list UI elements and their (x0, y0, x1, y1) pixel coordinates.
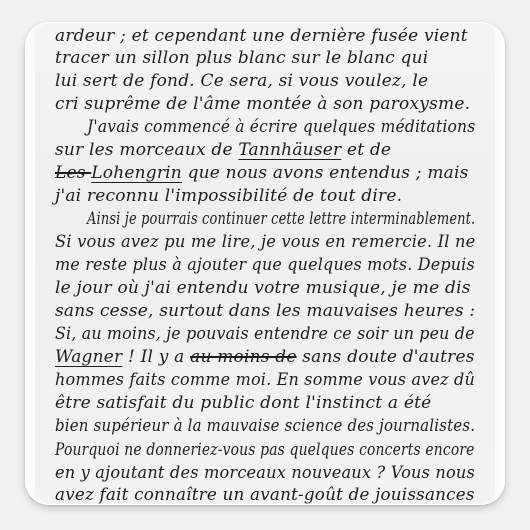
manuscript-line: Pourquoi ne donneriez-vous pas quelques … (55, 440, 475, 460)
underlined-word: Lohengrin (91, 163, 182, 183)
struck-word: au moins de (190, 347, 297, 367)
manuscript-line: Wagner ! Il y a au moins de sans doute d… (55, 347, 475, 367)
manuscript-line: Ainsi je pourrais continuer cette lettre… (87, 209, 475, 229)
underlined-word: Wagner (55, 347, 122, 367)
manuscript-line: Les Lohengrin que nous avons entendus ; … (55, 163, 469, 183)
manuscript-line: le jour où j'ai entendu votre musique, j… (55, 278, 471, 298)
underlined-word: Tannhäuser (238, 140, 341, 160)
manuscript-line: lui sert de fond. Ce sera, si vous voule… (55, 71, 428, 91)
manuscript-line: sans cesse, surtout dans les mauvaises h… (55, 301, 475, 321)
manuscript-line: en y ajoutant des morceaux nouveaux ? Vo… (55, 463, 475, 483)
manuscript-paper: ardeur ; et cependant une dernière fusée… (35, 22, 495, 505)
manuscript-line: ardeur ; et cependant une dernière fusée… (55, 26, 468, 46)
manuscript-line: me reste plus à ajouter que quelques mot… (55, 255, 475, 275)
manuscript-line: être satisfait du public dont l'instinct… (55, 393, 431, 413)
handwritten-letter: ardeur ; et cependant une dernière fusée… (35, 22, 495, 505)
manuscript-line: bien supérieur à la mauvaise science des… (55, 416, 475, 436)
manuscript-line: avez fait connaître un avant-goût de jou… (55, 485, 475, 505)
manuscript-line: cri suprême de l'âme montée à son paroxy… (55, 94, 470, 114)
struck-word: Les (55, 163, 91, 183)
manuscript-line: J'avais commencé à écrire quelques médit… (87, 117, 475, 137)
manuscript-line: tracer un sillon plus blanc sur le blanc… (55, 48, 428, 68)
manuscript-line: hommes faits comme moi. En somme vous av… (55, 370, 475, 390)
manuscript-line: Si vous avez pu me lire, je vous en reme… (55, 232, 476, 252)
sticker-card: ardeur ; et cependant une dernière fusée… (25, 22, 505, 505)
manuscript-line: sur les morceaux de Tannhäuser et de (55, 140, 391, 160)
manuscript-line: Si, au moins, je pouvais entendre ce soi… (55, 324, 475, 344)
manuscript-line: j'ai reconnu l'impossibilité de tout dir… (55, 186, 402, 206)
